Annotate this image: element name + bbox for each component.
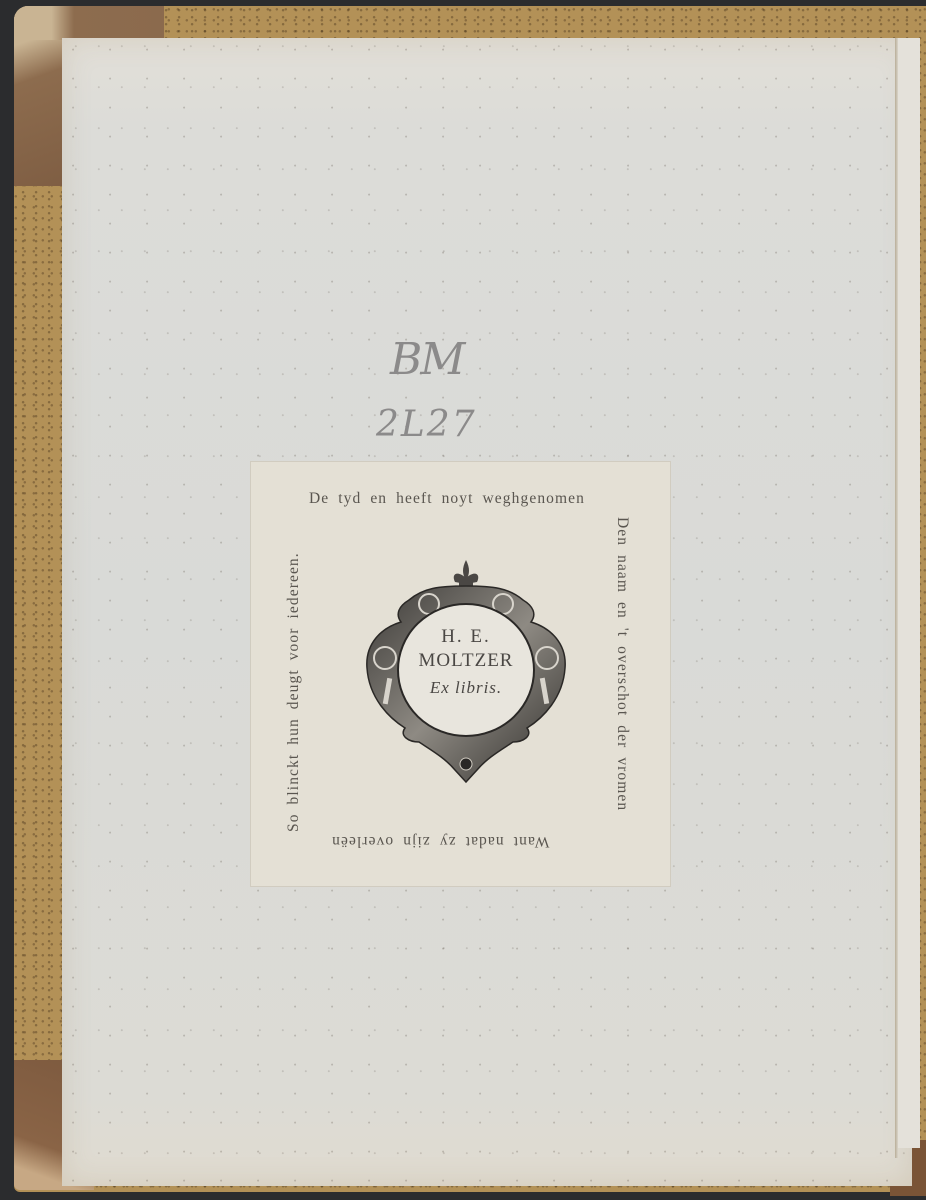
owner-initials: H. E.: [401, 626, 531, 648]
owner-surname: MOLTZER: [401, 650, 531, 672]
bookplate-owner-block: H. E. MOLTZER Ex libris.: [401, 626, 531, 698]
shelfmark-line-1: BM: [390, 334, 463, 385]
fleur-de-lis-icon: [454, 560, 479, 586]
shelfmark-line-2: 2L27: [376, 404, 477, 445]
ex-libris-label: Ex libris.: [401, 678, 531, 698]
ex-libris-bookplate: De tyd en heeft noyt weghgenomen Den naa…: [251, 462, 670, 886]
leather-corner-top-band: [14, 6, 164, 40]
motto-left: So blinckt hun deugt voor iedereen.: [285, 552, 303, 832]
hinge-flap: [898, 38, 920, 1148]
motto-bottom: Want nadat zy zijn overleën: [331, 832, 549, 850]
motto-top: De tyd en heeft noyt weghgenomen: [309, 490, 585, 508]
motto-right: Den naam en 't overschot der vromen: [613, 517, 631, 811]
pencil-shelfmark: BM 2L27: [370, 330, 550, 470]
